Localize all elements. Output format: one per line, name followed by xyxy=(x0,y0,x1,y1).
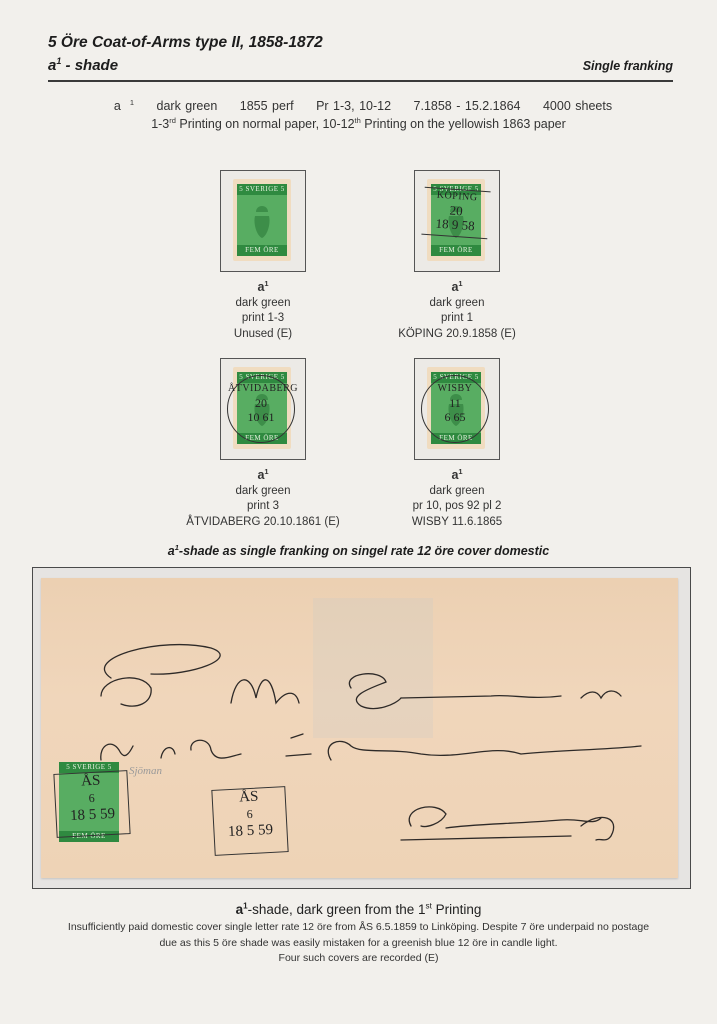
stamp-condition: KÖPING 20.9.1858 (E) xyxy=(357,327,557,343)
cover-caption-title: a1-shade, dark green from the 1st Printi… xyxy=(0,902,717,917)
stamp-item[interactable]: 5 SVERIGE 5FEM ÖREa1dark greenprint 1-3U… xyxy=(163,170,363,342)
stamp-printing: print 3 xyxy=(163,499,363,515)
stamp-image: 5 SVERIGE 5FEM ÖRE xyxy=(233,179,291,261)
stamp-condition: WISBY 11.6.1865 xyxy=(357,515,557,531)
cover-box-cancel: ÅS 6 18 5 59 xyxy=(211,786,288,856)
stamp-printing: print 1 xyxy=(357,311,557,327)
stamp-image: 5 SVERIGE 5FEM ÖREÅTVIDABERG2010 61 xyxy=(233,367,291,449)
page-title: 5 Öre Coat-of-Arms type II, 1858-1872 xyxy=(48,34,323,52)
handwritten-address: Sjöman xyxy=(41,578,678,878)
info-perf: 1855 perf xyxy=(240,99,294,113)
coat-of-arms-icon xyxy=(445,390,467,428)
stamp-type: a1 xyxy=(163,280,363,296)
cover-mount-frame: Sjöman 5 SVERIGE 5 FEM ÖRE ÅS 6 18 5 59 … xyxy=(32,567,691,889)
stamp-image: 5 SVERIGE 5FEM ÖREWISBY116 65 xyxy=(427,367,485,449)
caption-line: Insufficiently paid domestic cover singl… xyxy=(40,920,677,936)
stamp-color: dark green xyxy=(357,484,557,500)
category-label: Single franking xyxy=(583,59,673,73)
stamp-type: a1 xyxy=(163,468,363,484)
stamp-box-cancel: ÅS 6 18 5 59 xyxy=(53,770,130,838)
stamp-type: a1 xyxy=(357,280,557,296)
stamp-item[interactable]: 5 SVERIGE 5FEM ÖREKÖPING2018 9 58a1dark … xyxy=(357,170,557,342)
header-divider xyxy=(48,80,673,82)
stamp-item[interactable]: 5 SVERIGE 5FEM ÖREWISBY116 65a1dark gree… xyxy=(357,358,557,530)
stamp-printing: print 1-3 xyxy=(163,311,363,327)
stamp-type: a1 xyxy=(357,468,557,484)
cover-stamp[interactable]: 5 SVERIGE 5 FEM ÖRE ÅS 6 18 5 59 xyxy=(59,762,119,842)
info-period: 7.1858 - 15.2.1864 xyxy=(414,99,521,113)
caption-line: Four such covers are recorded (E) xyxy=(40,951,677,967)
stamp-color: dark green xyxy=(163,484,363,500)
stamp-printing: pr 10, pos 92 pl 2 xyxy=(357,499,557,515)
coat-of-arms-icon xyxy=(251,390,273,428)
stamp-color: dark green xyxy=(163,296,363,312)
shade-suffix: - shade xyxy=(61,57,118,74)
coat-of-arms-icon xyxy=(251,202,273,240)
postal-cover[interactable]: Sjöman 5 SVERIGE 5 FEM ÖRE ÅS 6 18 5 59 … xyxy=(41,578,678,878)
pencil-note: Sjöman xyxy=(129,765,163,777)
info-color: dark green xyxy=(157,99,218,113)
stamp-condition: Unused (E) xyxy=(163,327,363,343)
info-type: a1 xyxy=(105,99,134,113)
stamp-item[interactable]: 5 SVERIGE 5FEM ÖREÅTVIDABERG2010 61a1dar… xyxy=(163,358,363,530)
stamp-mount: 5 SVERIGE 5FEM ÖREWISBY116 65 xyxy=(414,358,500,460)
stamp-mount: 5 SVERIGE 5FEM ÖREÅTVIDABERG2010 61 xyxy=(220,358,306,460)
paper-info-line: 1-3rd Printing on normal paper, 10-12th … xyxy=(0,117,717,131)
stamp-image: 5 SVERIGE 5FEM ÖREKÖPING2018 9 58 xyxy=(427,179,485,261)
stamp-condition: ÅTVIDABERG 20.10.1861 (E) xyxy=(163,515,363,531)
stamp-caption: a1dark greenprint 3ÅTVIDABERG 20.10.1861… xyxy=(163,468,363,530)
issue-info-line: a1 dark green 1855 perf Pr 1-3, 10-12 7.… xyxy=(0,99,717,113)
info-quantity: 4000 sheets xyxy=(543,99,612,113)
stamp-caption: a1dark greenpr 10, pos 92 pl 2WISBY 11.6… xyxy=(357,468,557,530)
shade-subtitle: a1 - shade xyxy=(48,57,118,74)
cover-section-heading: a1-shade as single franking on singel ra… xyxy=(0,544,717,558)
stamp-caption: a1dark greenprint 1-3Unused (E) xyxy=(163,280,363,342)
stamp-mount: 5 SVERIGE 5FEM ÖRE xyxy=(220,170,306,272)
info-printings: Pr 1-3, 10-12 xyxy=(316,99,391,113)
stamp-color: dark green xyxy=(357,296,557,312)
caption-line: due as this 5 öre shade was easily mista… xyxy=(40,936,677,952)
cover-caption-description: Insufficiently paid domestic cover singl… xyxy=(40,920,677,967)
stamp-caption: a1dark greenprint 1KÖPING 20.9.1858 (E) xyxy=(357,280,557,342)
stamp-mount: 5 SVERIGE 5FEM ÖREKÖPING2018 9 58 xyxy=(414,170,500,272)
coat-of-arms-icon xyxy=(445,202,467,240)
